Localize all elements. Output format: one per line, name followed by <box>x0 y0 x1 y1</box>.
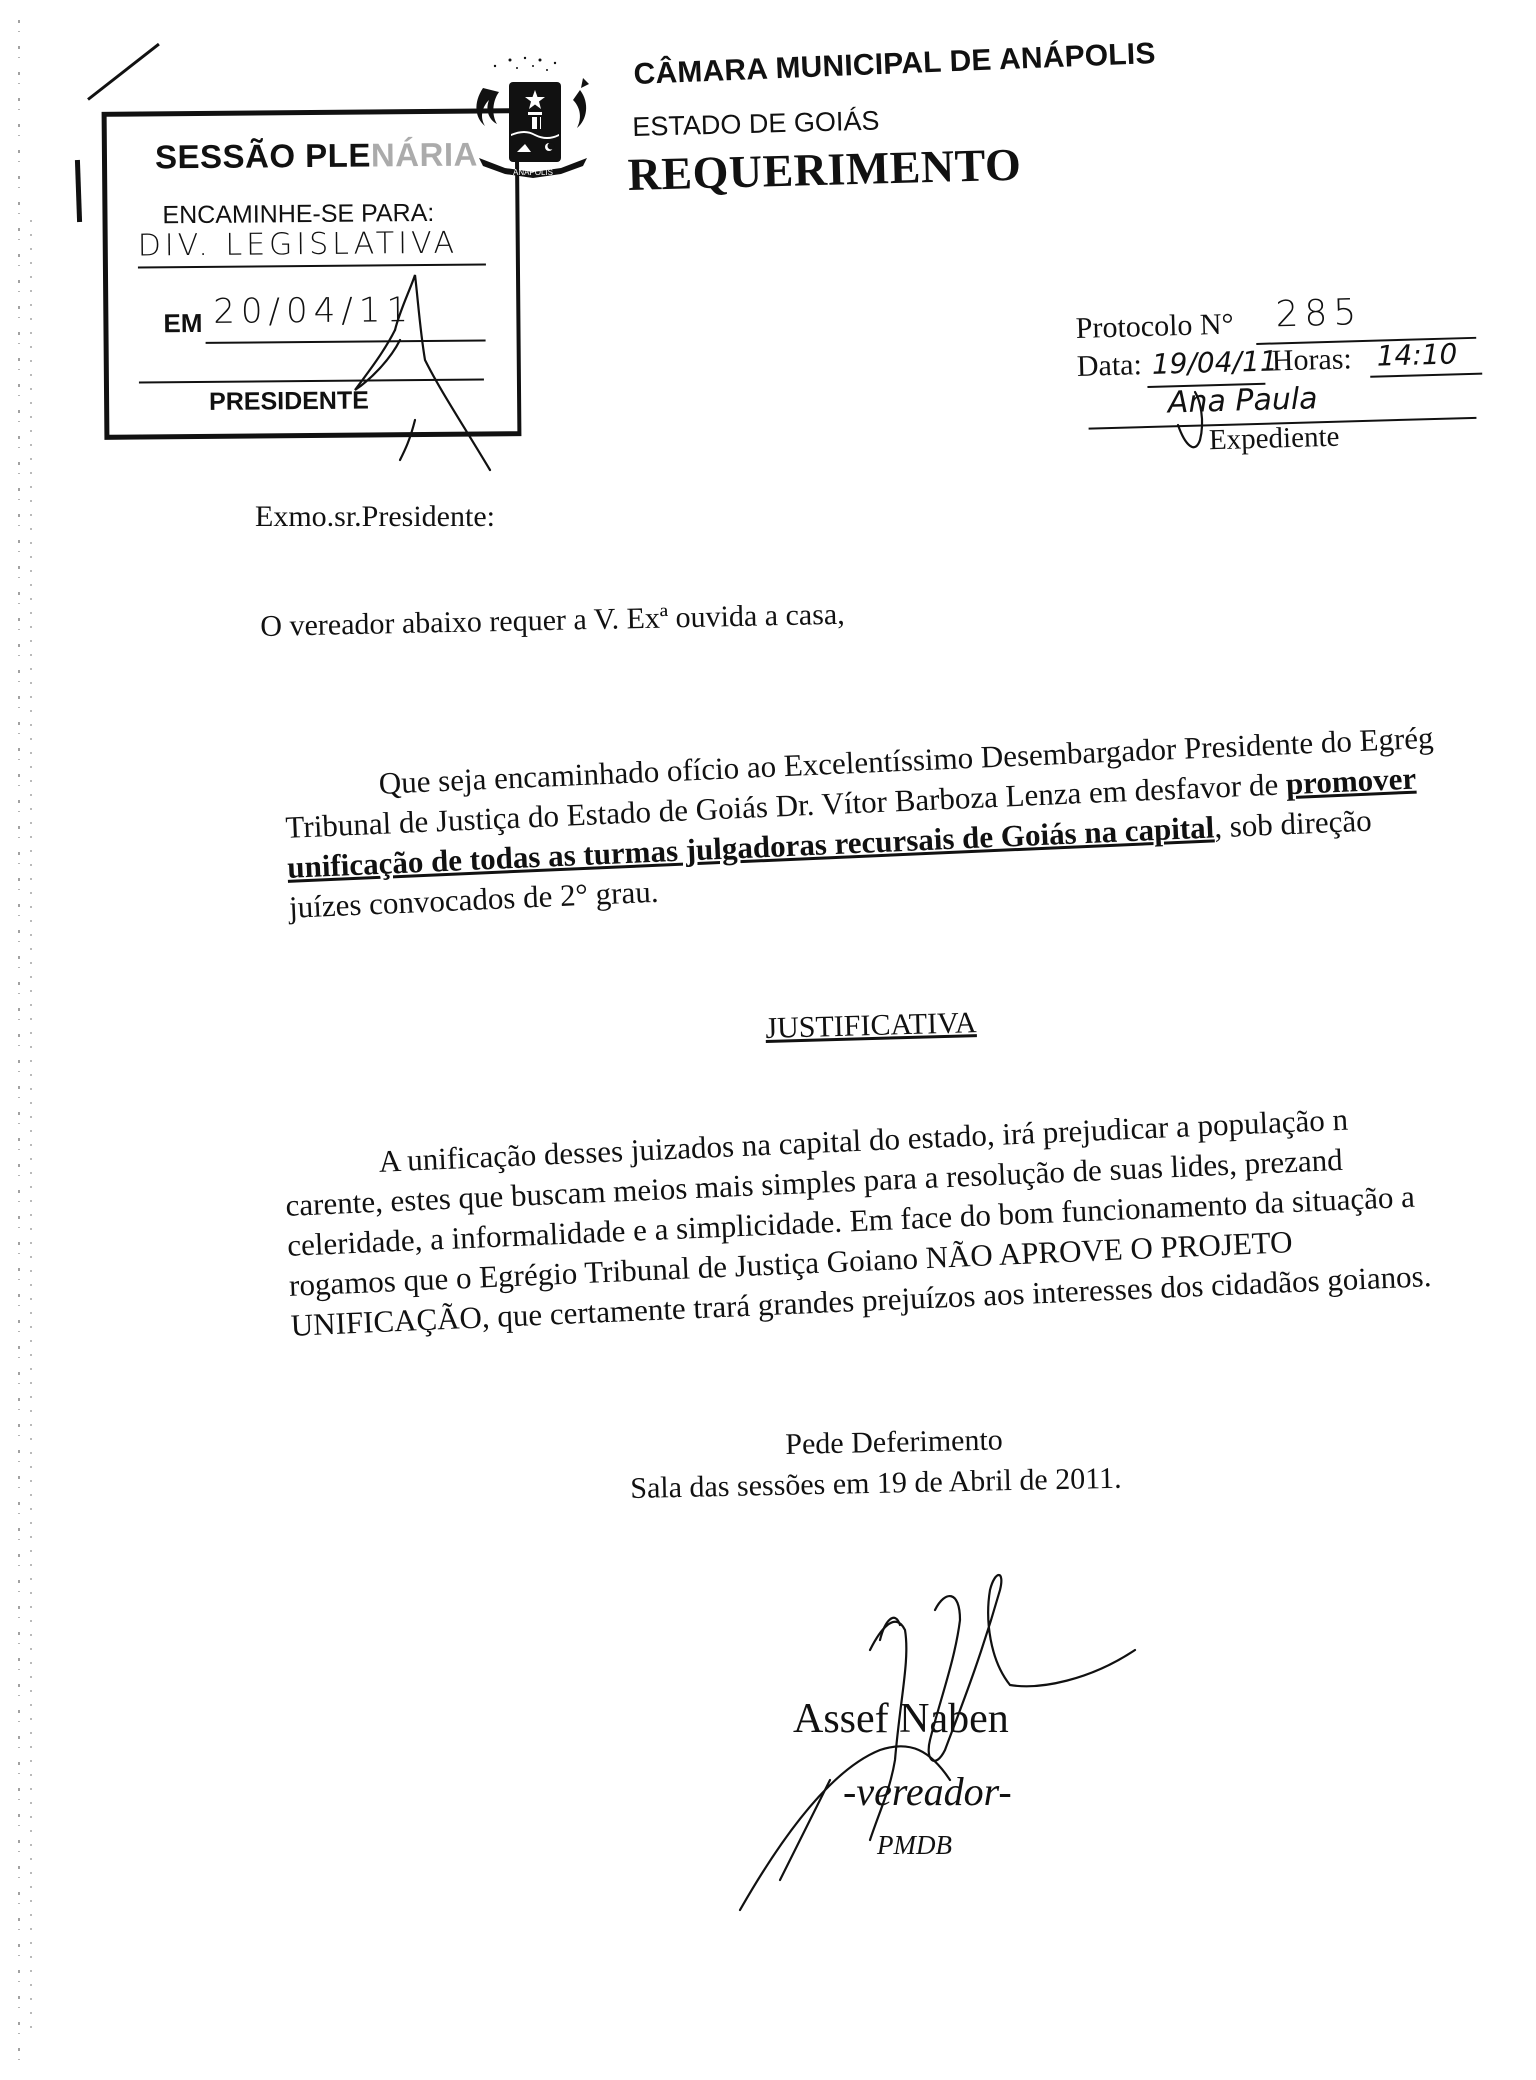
signatory-name: Assef Naben <box>793 1695 1009 1743</box>
justification-paragraph: A unificação desses juizados na capital … <box>283 1096 1432 1346</box>
stamp-rule <box>139 378 484 383</box>
stamp-forward-destination: DIV. LEGISLATIVA <box>138 226 459 264</box>
stamp-rule <box>138 263 486 268</box>
protocol-time-rule <box>1370 373 1482 378</box>
closing-request: Pede Deferimento <box>785 1423 1003 1462</box>
stamp-title: SESSÃO PLENÁRIA <box>155 136 478 177</box>
protocol-number-label: Protocolo N° <box>1075 308 1234 346</box>
request-emphasis: promover <box>1285 761 1417 802</box>
institution-name: CÂMARA MUNICIPAL DE ANÁPOLIS <box>633 37 1156 92</box>
stamp-date-label: EM <box>163 308 202 339</box>
scan-edge-artifact <box>30 220 32 2040</box>
scan-edge-artifact <box>18 20 20 2060</box>
closing-place-date: Sala das sessões em 19 de Abril de 2011. <box>630 1462 1122 1506</box>
request-paragraph: Que seja encaminhado ofício ao Excelentí… <box>283 718 1440 928</box>
stamp-date-value: 20/04/11 <box>213 290 414 332</box>
svg-text:ANÁPOLIS: ANÁPOLIS <box>513 168 553 177</box>
protocol-block: Protocolo N° 285 Data: 19/04/11 Horas: 1… <box>1075 288 1500 470</box>
protocol-department: Expediente <box>1209 421 1340 458</box>
protocol-date-value: 19/04/11 <box>1151 344 1278 380</box>
intro-text: O vereador abaixo requer a V. Exª ouvida… <box>260 598 845 644</box>
session-stamp: SESSÃO PLENÁRIA ENCAMINHE-SE PARA: DIV. … <box>102 108 522 440</box>
protocol-date-label: Data: <box>1076 348 1142 384</box>
margin-mark <box>75 160 82 222</box>
protocol-time-label: Horas: <box>1271 342 1352 378</box>
salutation: Exmo.sr.Presidente: <box>255 500 495 534</box>
protocol-time-value: 14:10 <box>1376 337 1458 372</box>
stamp-president-label: PRESIDENTE <box>209 387 369 417</box>
state-name: ESTADO DE GOIÁS <box>632 106 880 143</box>
document-type-title: REQUERIMENTO <box>627 138 1022 201</box>
protocol-number-value: 285 <box>1275 292 1363 335</box>
municipal-coat-of-arms-icon: ANÁPOLIS <box>465 48 600 178</box>
stamp-rule <box>206 339 486 343</box>
protocol-signature: Ana Paula <box>1167 381 1318 420</box>
signatory-role: -vereador- <box>843 1768 1012 1815</box>
justification-title: JUSTIFICATIVA <box>765 1006 977 1046</box>
stray-pen-mark <box>87 43 160 101</box>
signatory-party: PMDB <box>877 1830 952 1861</box>
